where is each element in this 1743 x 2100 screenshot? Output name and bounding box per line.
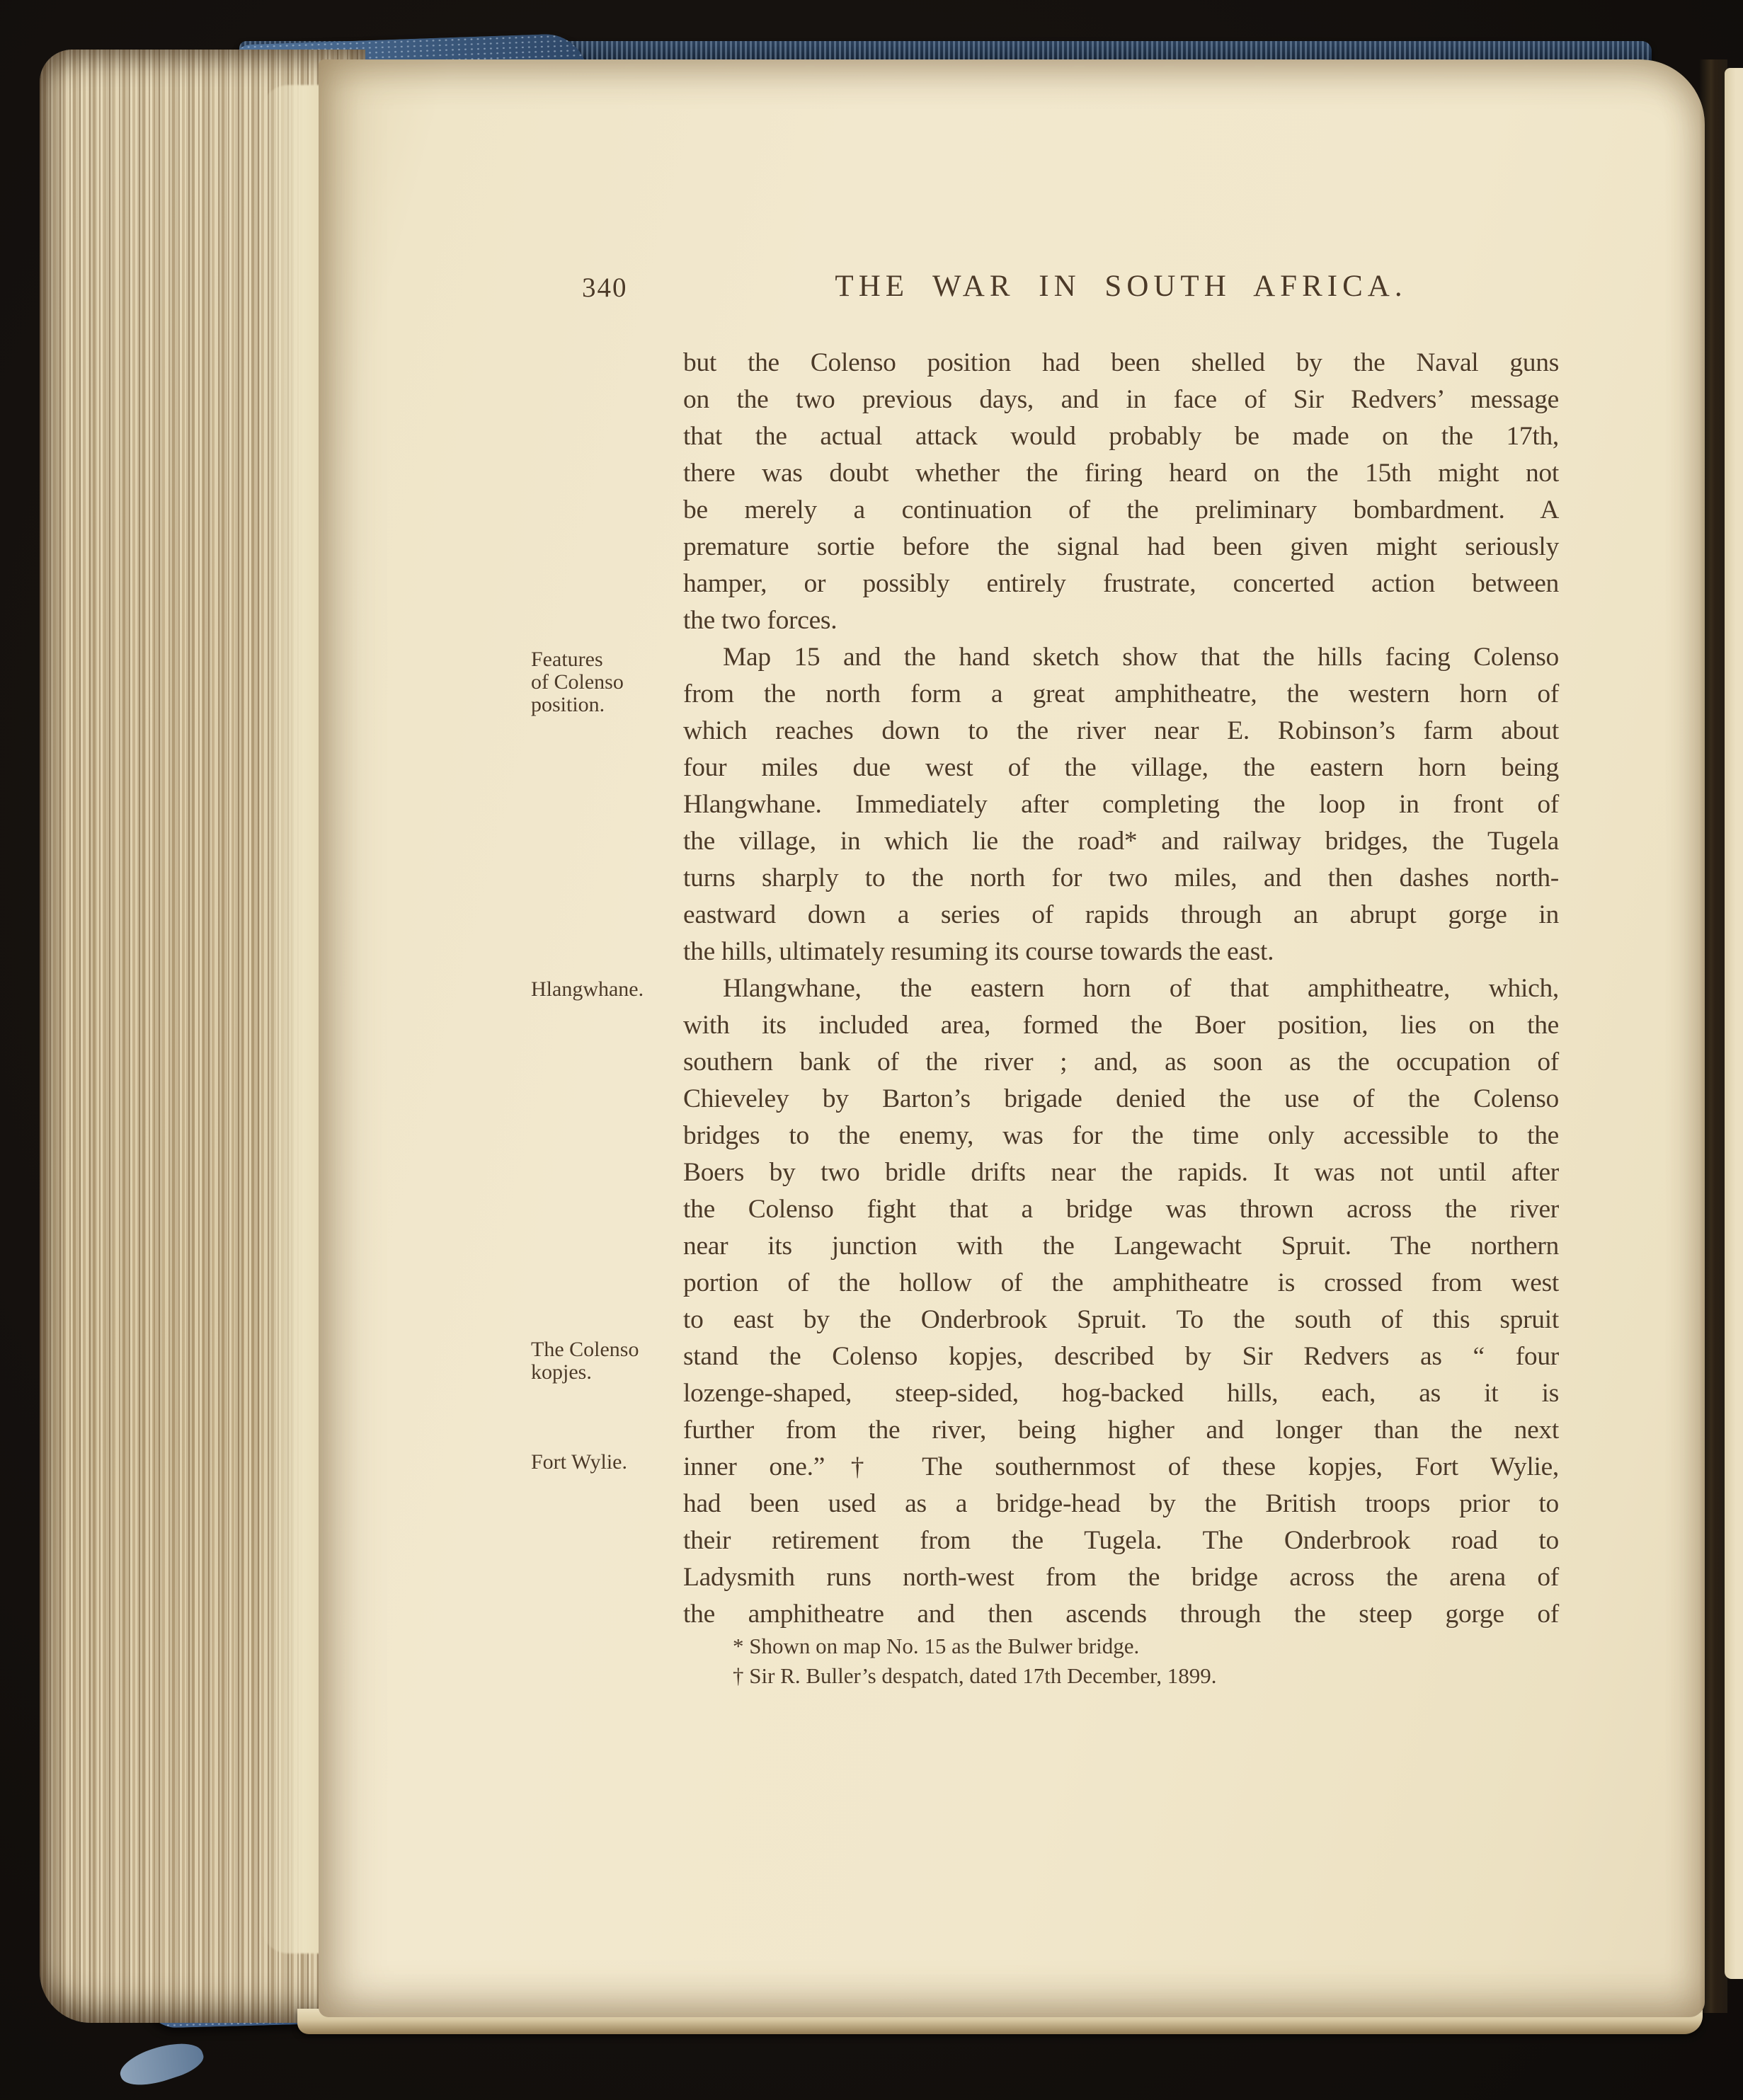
margin-note-line: Features bbox=[531, 648, 683, 671]
margin-note-features-of-colenso-position: Featuresof Colensoposition. bbox=[531, 648, 683, 716]
text-line: had been used as a bridge-head by the Br… bbox=[683, 1486, 1559, 1522]
page-number: 340 bbox=[582, 272, 628, 304]
text-line: bridges to the enemy, was for the time o… bbox=[683, 1118, 1559, 1154]
text-line: there was doubt whether the firing heard… bbox=[683, 455, 1559, 492]
text-line: the Colenso fight that a bridge was thro… bbox=[683, 1191, 1559, 1228]
text-line: the amphitheatre and then ascends throug… bbox=[683, 1596, 1559, 1633]
text-line: southern bank of the river ; and, as soo… bbox=[683, 1044, 1559, 1081]
margin-note-line: Hlangwhane. bbox=[531, 978, 683, 1001]
text-line: but the Colenso position had been shelle… bbox=[683, 345, 1559, 381]
text-line: the two forces. bbox=[683, 602, 1559, 639]
text-line: on the two previous days, and in face of… bbox=[683, 381, 1559, 418]
running-title: THE WAR IN SOUTH AFRICA. bbox=[683, 269, 1559, 304]
text-line: Map 15 and the hand sketch show that the… bbox=[683, 639, 1559, 676]
text-line: inner one.”† The southernmost of these k… bbox=[683, 1449, 1559, 1486]
margin-note-line: position. bbox=[531, 694, 683, 716]
text-line: further from the river, being higher and… bbox=[683, 1412, 1559, 1449]
text-line: that the actual attack would probably be… bbox=[683, 418, 1559, 455]
text-line: near its junction with the Langewacht Sp… bbox=[683, 1228, 1559, 1265]
text-line: stand the Colenso kopjes, described by S… bbox=[683, 1338, 1559, 1375]
paragraph: Map 15 and the hand sketch show that the… bbox=[683, 639, 1559, 970]
text-line: turns sharply to the north for two miles… bbox=[683, 860, 1559, 897]
margin-note-the-colenso-kopjes: The Colensokopjes. bbox=[531, 1338, 683, 1384]
footnote-bulwer-bridge: * Shown on map No. 15 as the Bulwer brid… bbox=[733, 1634, 1554, 1659]
body-text: but the Colenso position had been shelle… bbox=[683, 345, 1559, 1633]
text-line: with its included area, formed the Boer … bbox=[683, 1007, 1559, 1044]
gutter-shadow bbox=[1699, 59, 1727, 2013]
margin-note-line: The Colenso bbox=[531, 1338, 683, 1361]
photo-background: { "page": { "number": "340", "running_ti… bbox=[0, 0, 1743, 2100]
text-line: the hills, ultimately resuming its cours… bbox=[683, 934, 1559, 970]
text-line: Boers by two bridle drifts near the rapi… bbox=[683, 1154, 1559, 1191]
text-line: Chieveley by Barton’s brigade denied the… bbox=[683, 1081, 1559, 1118]
text-line: Hlangwhane, the eastern horn of that amp… bbox=[683, 970, 1559, 1007]
paragraph: but the Colenso position had been shelle… bbox=[683, 345, 1559, 639]
text-line: lozenge-shaped, steep-sided, hog-backed … bbox=[683, 1375, 1559, 1412]
text-line: premature sortie before the signal had b… bbox=[683, 529, 1559, 566]
text-line: be merely a continuation of the prelimin… bbox=[683, 492, 1559, 529]
margin-note-line: kopjes. bbox=[531, 1361, 683, 1384]
text-line: hamper, or possibly entirely frustrate, … bbox=[683, 566, 1559, 602]
text-line: portion of the hollow of the amphitheatr… bbox=[683, 1265, 1559, 1302]
margin-note-hlangwhane: Hlangwhane. bbox=[531, 978, 683, 1001]
paragraph: Hlangwhane, the eastern horn of that amp… bbox=[683, 970, 1559, 1633]
text-line: their retirement from the Tugela. The On… bbox=[683, 1522, 1559, 1559]
margin-note-fort-wylie: Fort Wylie. bbox=[531, 1451, 683, 1474]
text-line: which reaches down to the river near E. … bbox=[683, 713, 1559, 750]
cover-thread-icon bbox=[116, 2035, 207, 2094]
margin-note-line: Fort Wylie. bbox=[531, 1451, 683, 1474]
text-line: Ladysmith runs north-west from the bridg… bbox=[683, 1559, 1559, 1596]
text-line: the village, in which lie the road* and … bbox=[683, 823, 1559, 860]
text-line: Hlangwhane. Immediately after completing… bbox=[683, 786, 1559, 823]
margin-note-line: of Colenso bbox=[531, 671, 683, 694]
book-page: 340 THE WAR IN SOUTH AFRICA. but the Col… bbox=[319, 59, 1705, 2017]
text-line: to east by the Onderbrook Spruit. To the… bbox=[683, 1302, 1559, 1338]
text-line: from the north form a great amphitheatre… bbox=[683, 676, 1559, 713]
text-line: four miles due west of the village, the … bbox=[683, 750, 1559, 786]
footnote-buller-despatch: † Sir R. Buller’s despatch, dated 17th D… bbox=[733, 1663, 1554, 1689]
text-line: eastward down a series of rapids through… bbox=[683, 897, 1559, 934]
facing-page-sliver bbox=[1725, 68, 1743, 1979]
